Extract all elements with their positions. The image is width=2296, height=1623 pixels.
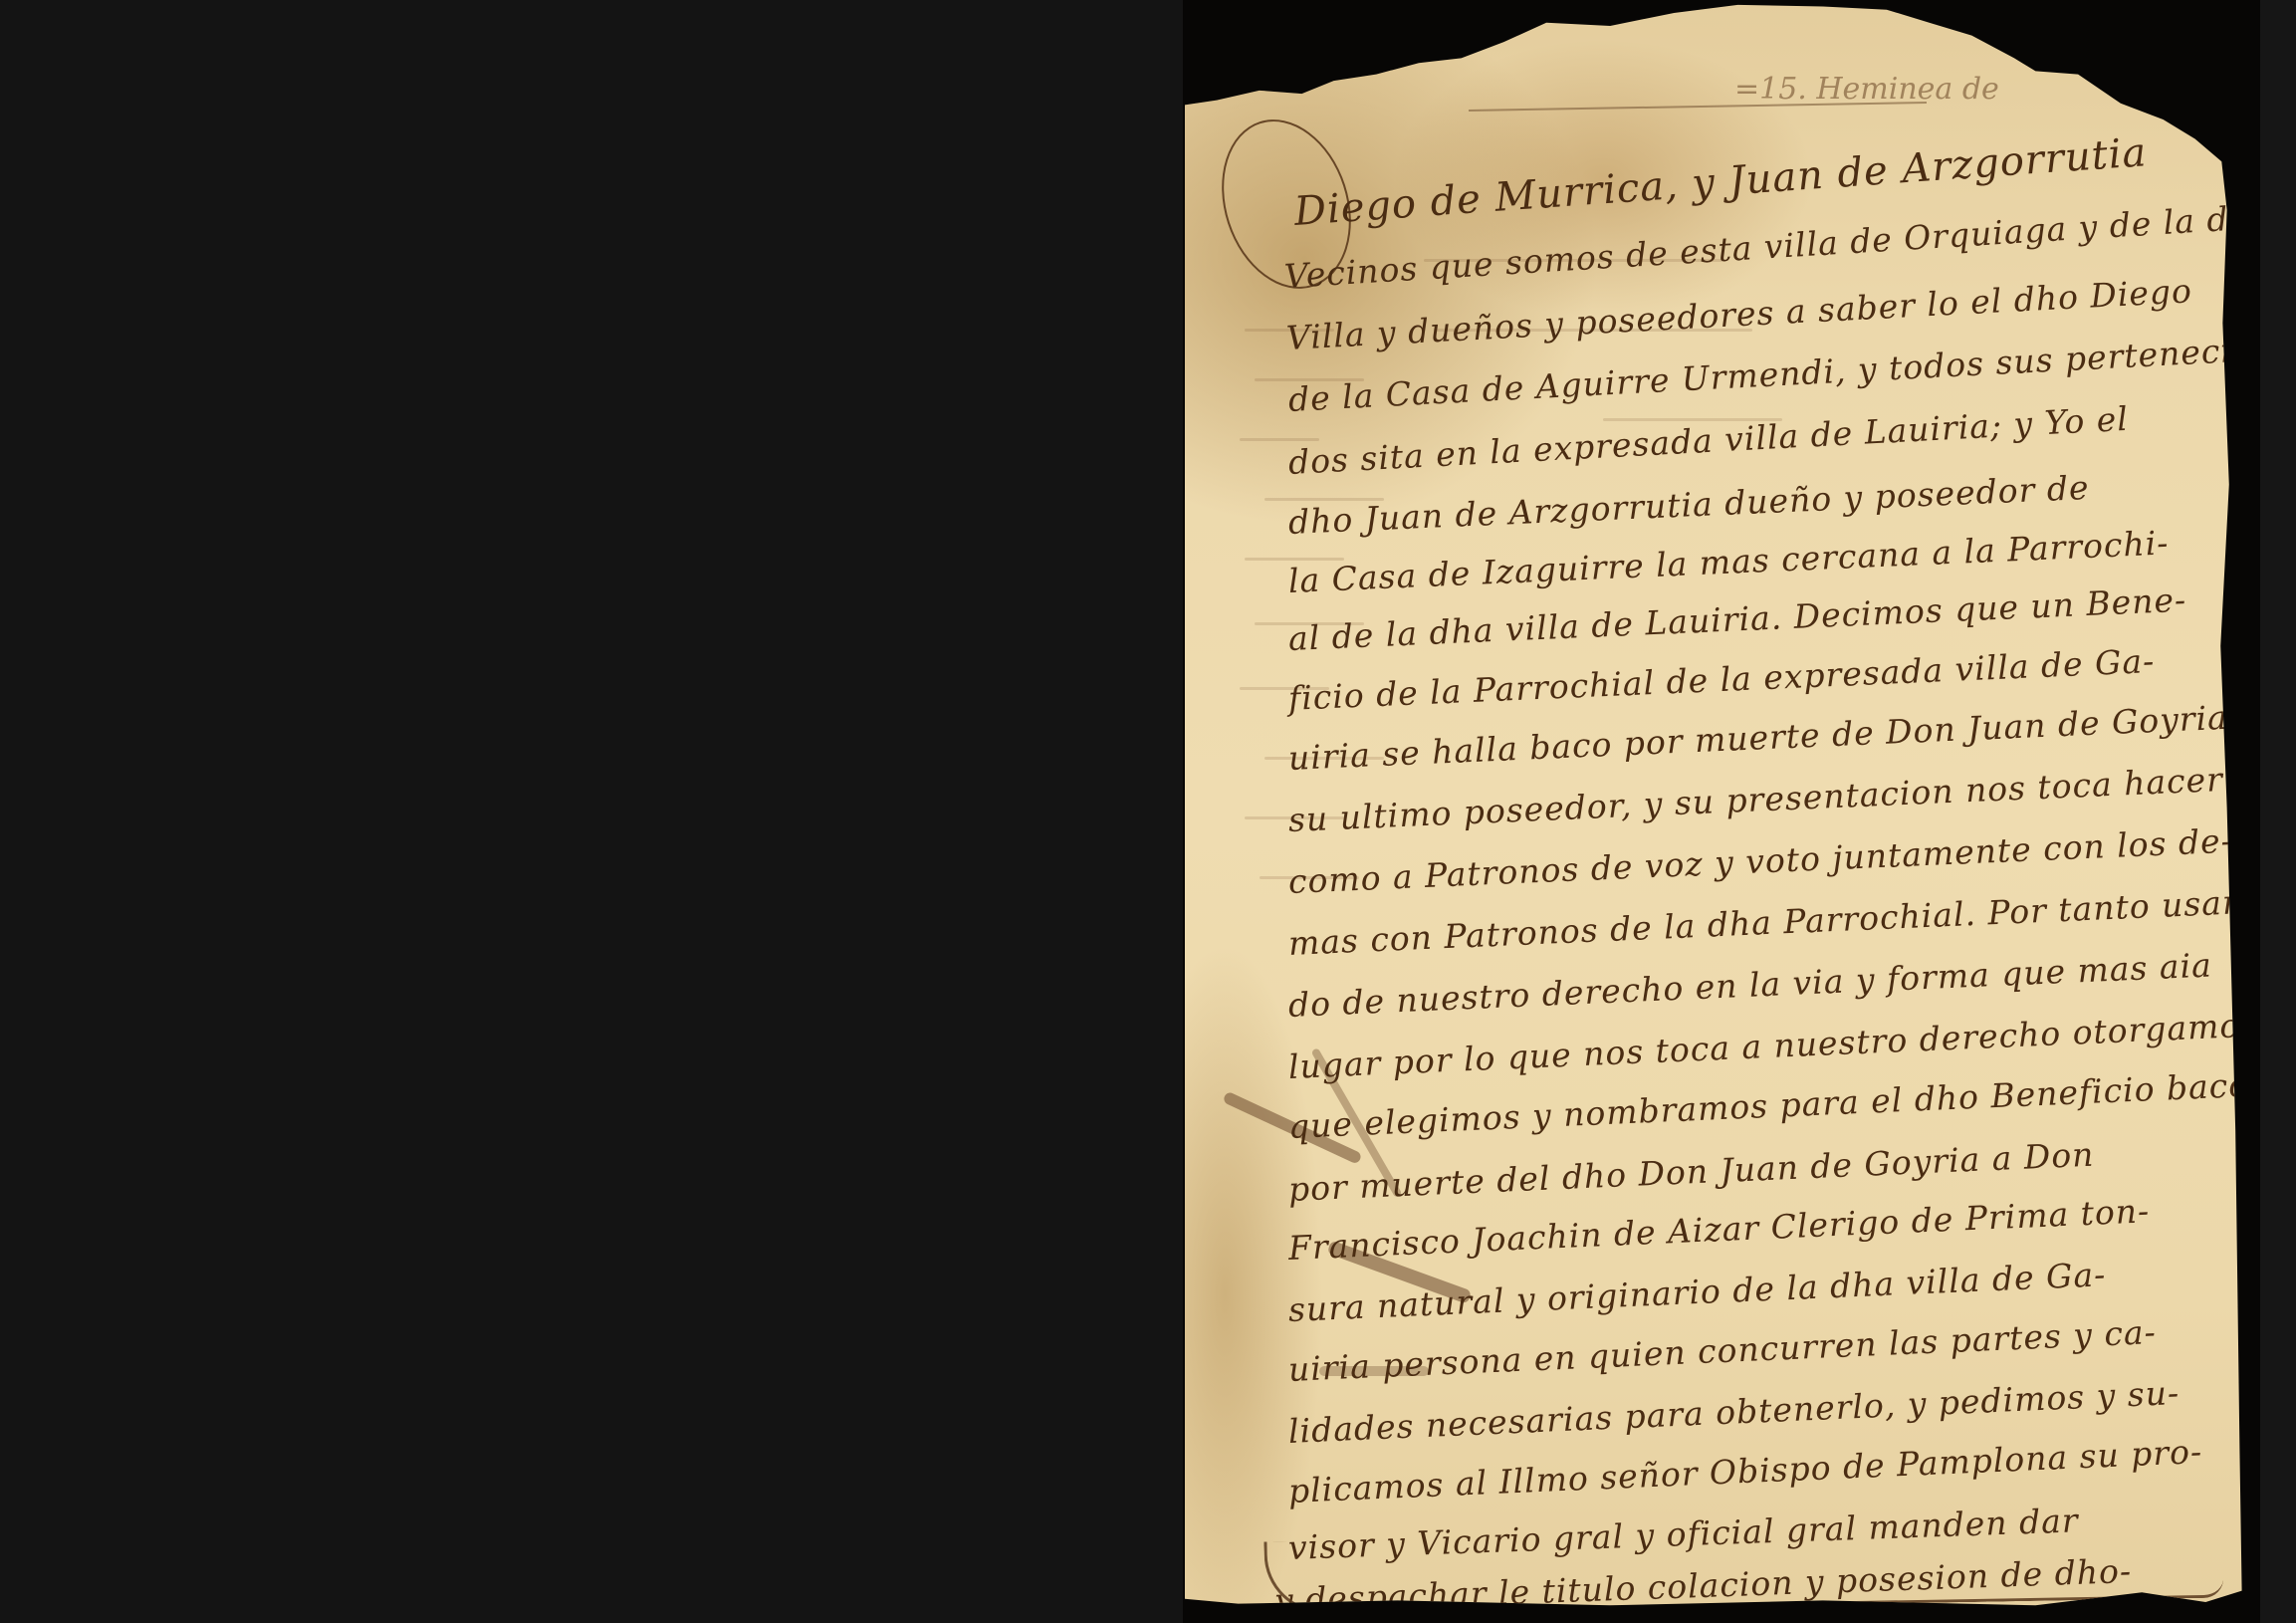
manuscript-scan: =15. Heminea de Diego de Murrica, y Juan… xyxy=(1183,0,2260,1623)
manuscript-line: por muerte del dho Don Juan de Goyria a … xyxy=(1287,1135,2095,1209)
manuscript-line: uiria persona en quien concurren las par… xyxy=(1287,1312,2157,1389)
manuscript-line: dho Juan de Arzgorrutia dueño y poseedor… xyxy=(1287,468,2090,542)
manuscript-text: Diego de Murrica, y Juan de Arzgorrutia … xyxy=(1185,0,2248,1615)
viewer-right-edge xyxy=(2260,0,2296,1623)
image-viewer: =15. Heminea de Diego de Murrica, y Juan… xyxy=(0,0,2296,1623)
manuscript-line: sura natural y originario de la dha vill… xyxy=(1287,1255,2107,1329)
closing-flourish xyxy=(1263,1525,2223,1615)
manuscript-page: =15. Heminea de Diego de Murrica, y Juan… xyxy=(1185,0,2248,1615)
